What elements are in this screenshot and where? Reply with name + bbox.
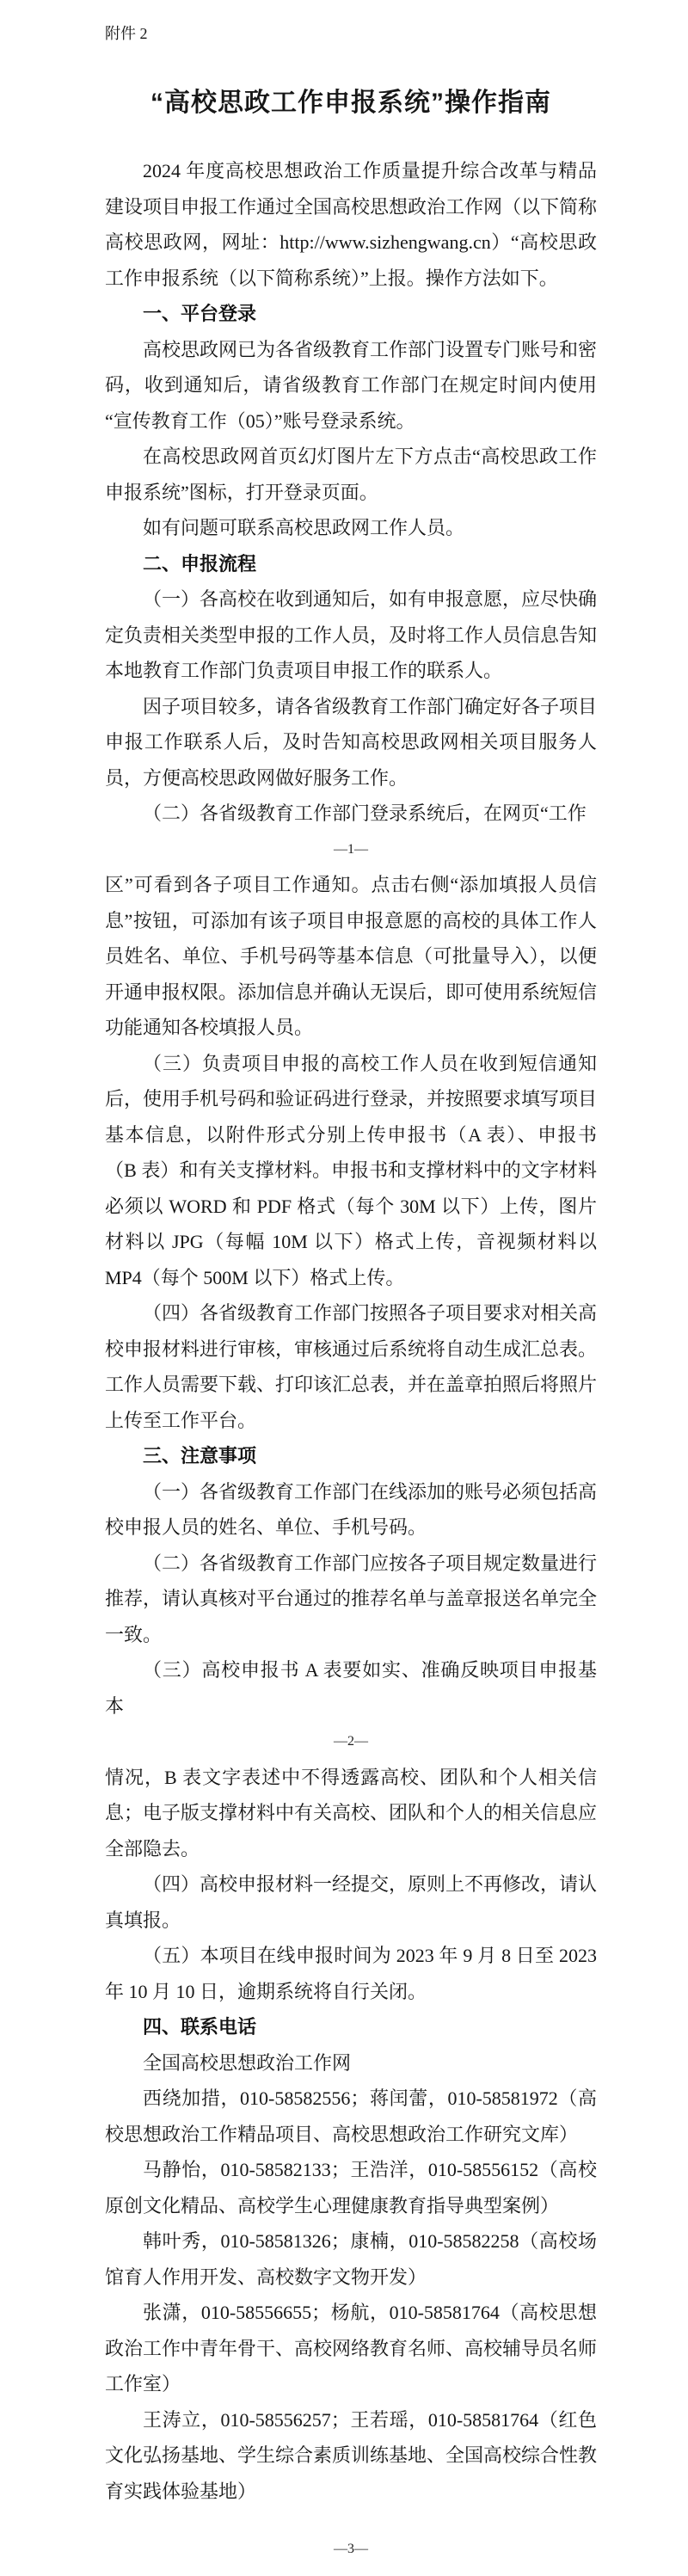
paragraph: 在高校思政网首页幻灯图片左下方点击“高校思政工作申报系统”图标，打开登录页面。: [105, 439, 597, 510]
paragraph: （四）高校申报材料一经提交，原则上不再修改，请认真填报。: [105, 1866, 597, 1938]
doc-title: “高校思政工作申报系统”操作指南: [105, 86, 597, 120]
paragraph: （一）各高校在收到通知后，如有申报意愿，应尽快确定负责相关类型申报的工作人员，及…: [105, 581, 597, 689]
page-number: —2—: [105, 1724, 597, 1760]
paragraph: 张潇，010-58556655；杨航，010-58581764（高校思想政治工作…: [105, 2295, 597, 2402]
paragraph: （三）高校申报书 A 表要如实、准确反映项目申报基本: [105, 1652, 597, 1724]
paragraph: 高校思政网已为各省级教育工作部门设置专门账号和密码，收到通知后，请省级教育工作部…: [105, 332, 597, 440]
paragraph: 马静怡，010-58582133；王浩洋，010-58556152（高校原创文化…: [105, 2152, 597, 2223]
paragraph: 全国高校思想政治工作网: [105, 2045, 597, 2081]
paragraph: （五）本项目在线申报时间为 2023 年 9 月 8 日至 2023 年 10 …: [105, 1938, 597, 2009]
paragraph: 韩叶秀，010-58581326；康楠，010-58582258（高校场馆育人作…: [105, 2223, 597, 2295]
page-number: —1—: [105, 832, 597, 868]
paragraph-continuation: 情况，B 表文字表述中不得透露高校、团队和个人相关信息；电子版支撑材料中有关高校…: [105, 1760, 597, 1867]
paragraph: （二）各省级教育工作部门应按各子项目规定数量进行推荐，请认真核对平台通过的推荐名…: [105, 1546, 597, 1653]
paragraph: 2024 年度高校思想政治工作质量提升综合改革与精品建设项目申报工作通过全国高校…: [105, 153, 597, 296]
document-content: 附件 2 “高校思政工作申报系统”操作指南 2024 年度高校思想政治工作质量提…: [0, 0, 688, 2576]
attachment-label: 附件 2: [105, 22, 597, 45]
page-number: —3—: [105, 2531, 597, 2567]
paragraph: 如有问题可联系高校思政网工作人员。: [105, 510, 597, 546]
section-heading: 一、平台登录: [105, 296, 597, 332]
section-heading: 三、注意事项: [105, 1438, 597, 1474]
paragraph: 西绕加措，010-58582556；蒋闰蕾，010-58581972（高校思想政…: [105, 2081, 597, 2152]
paragraph: （四）各省级教育工作部门按照各子项目要求对相关高校申报材料进行审核，审核通过后系…: [105, 1295, 597, 1438]
paragraph: 因子项目较多，请各省级教育工作部门确定好各子项目申报工作联系人后，及时告知高校思…: [105, 689, 597, 796]
document-body: 2024 年度高校思想政治工作质量提升综合改革与精品建设项目申报工作通过全国高校…: [105, 153, 597, 2567]
section-heading: 四、联系电话: [105, 2009, 597, 2045]
paragraph: （一）各省级教育工作部门在线添加的账号必须包括高校申报人员的姓名、单位、手机号码…: [105, 1474, 597, 1546]
document-page: 附件 2 “高校思政工作申报系统”操作指南 2024 年度高校思想政治工作质量提…: [0, 0, 688, 2576]
section-heading: 二、申报流程: [105, 546, 597, 582]
paragraph: （二）各省级教育工作部门登录系统后，在网页“工作: [105, 796, 597, 832]
paragraph: （三）负责项目申报的高校工作人员在收到短信通知后，使用手机号码和验证码进行登录，…: [105, 1046, 597, 1296]
paragraph: 王涛立，010-58556257；王若瑶，010-58581764（红色文化弘扬…: [105, 2402, 597, 2510]
paragraph-continuation: 区”可看到各子项目工作通知。点击右侧“添加填报人员信息”按钮，可添加有该子项目申…: [105, 867, 597, 1046]
